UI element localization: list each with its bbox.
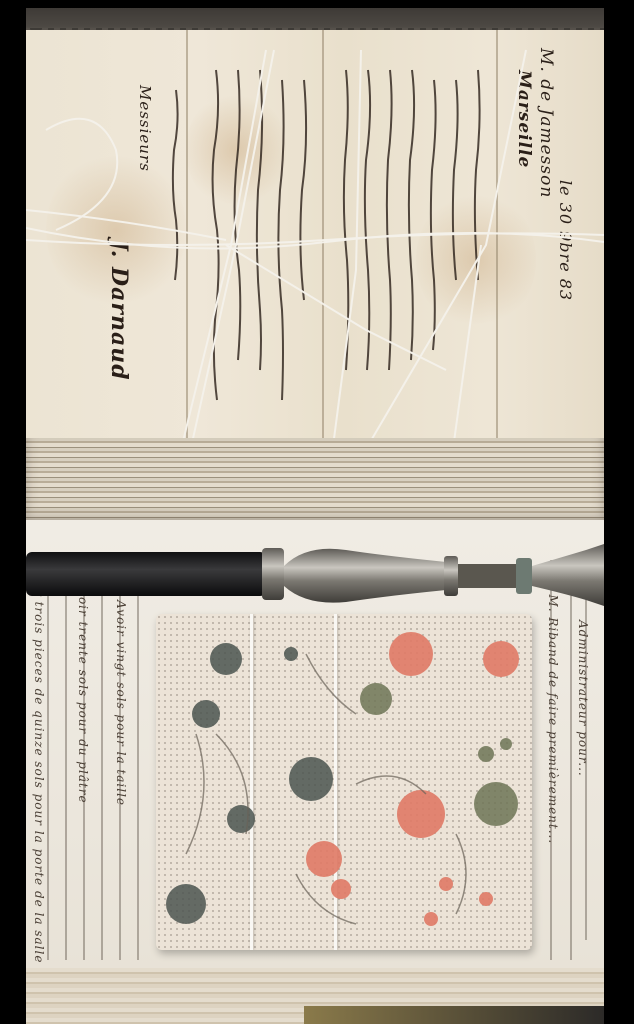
- ledger-line: Avoir vingt sols pour la taille: [114, 600, 128, 806]
- ledger-page-edges: [26, 968, 604, 1024]
- letter-bundle: M. de Jamesson Marseille le 30 9bre 83 M…: [26, 30, 604, 450]
- seal-handle: [26, 540, 604, 612]
- floral-booklet: [156, 614, 532, 950]
- ledger-line: Avoir trois pieces de quinze sols pour l…: [32, 560, 46, 960]
- ledger-right-line: Administrateur pour...: [576, 620, 590, 777]
- handwriting-strokes: [26, 30, 604, 450]
- letter-bundle-edges: [26, 438, 604, 526]
- photograph: M. de Jamesson Marseille le 30 9bre 83 M…: [26, 8, 604, 1024]
- ledger-right-line: A M. Riband de faire premièrement...: [546, 580, 560, 844]
- floral-pattern: [156, 614, 532, 950]
- ledger-line: Avoir trente sols pour du plâtre: [76, 580, 90, 804]
